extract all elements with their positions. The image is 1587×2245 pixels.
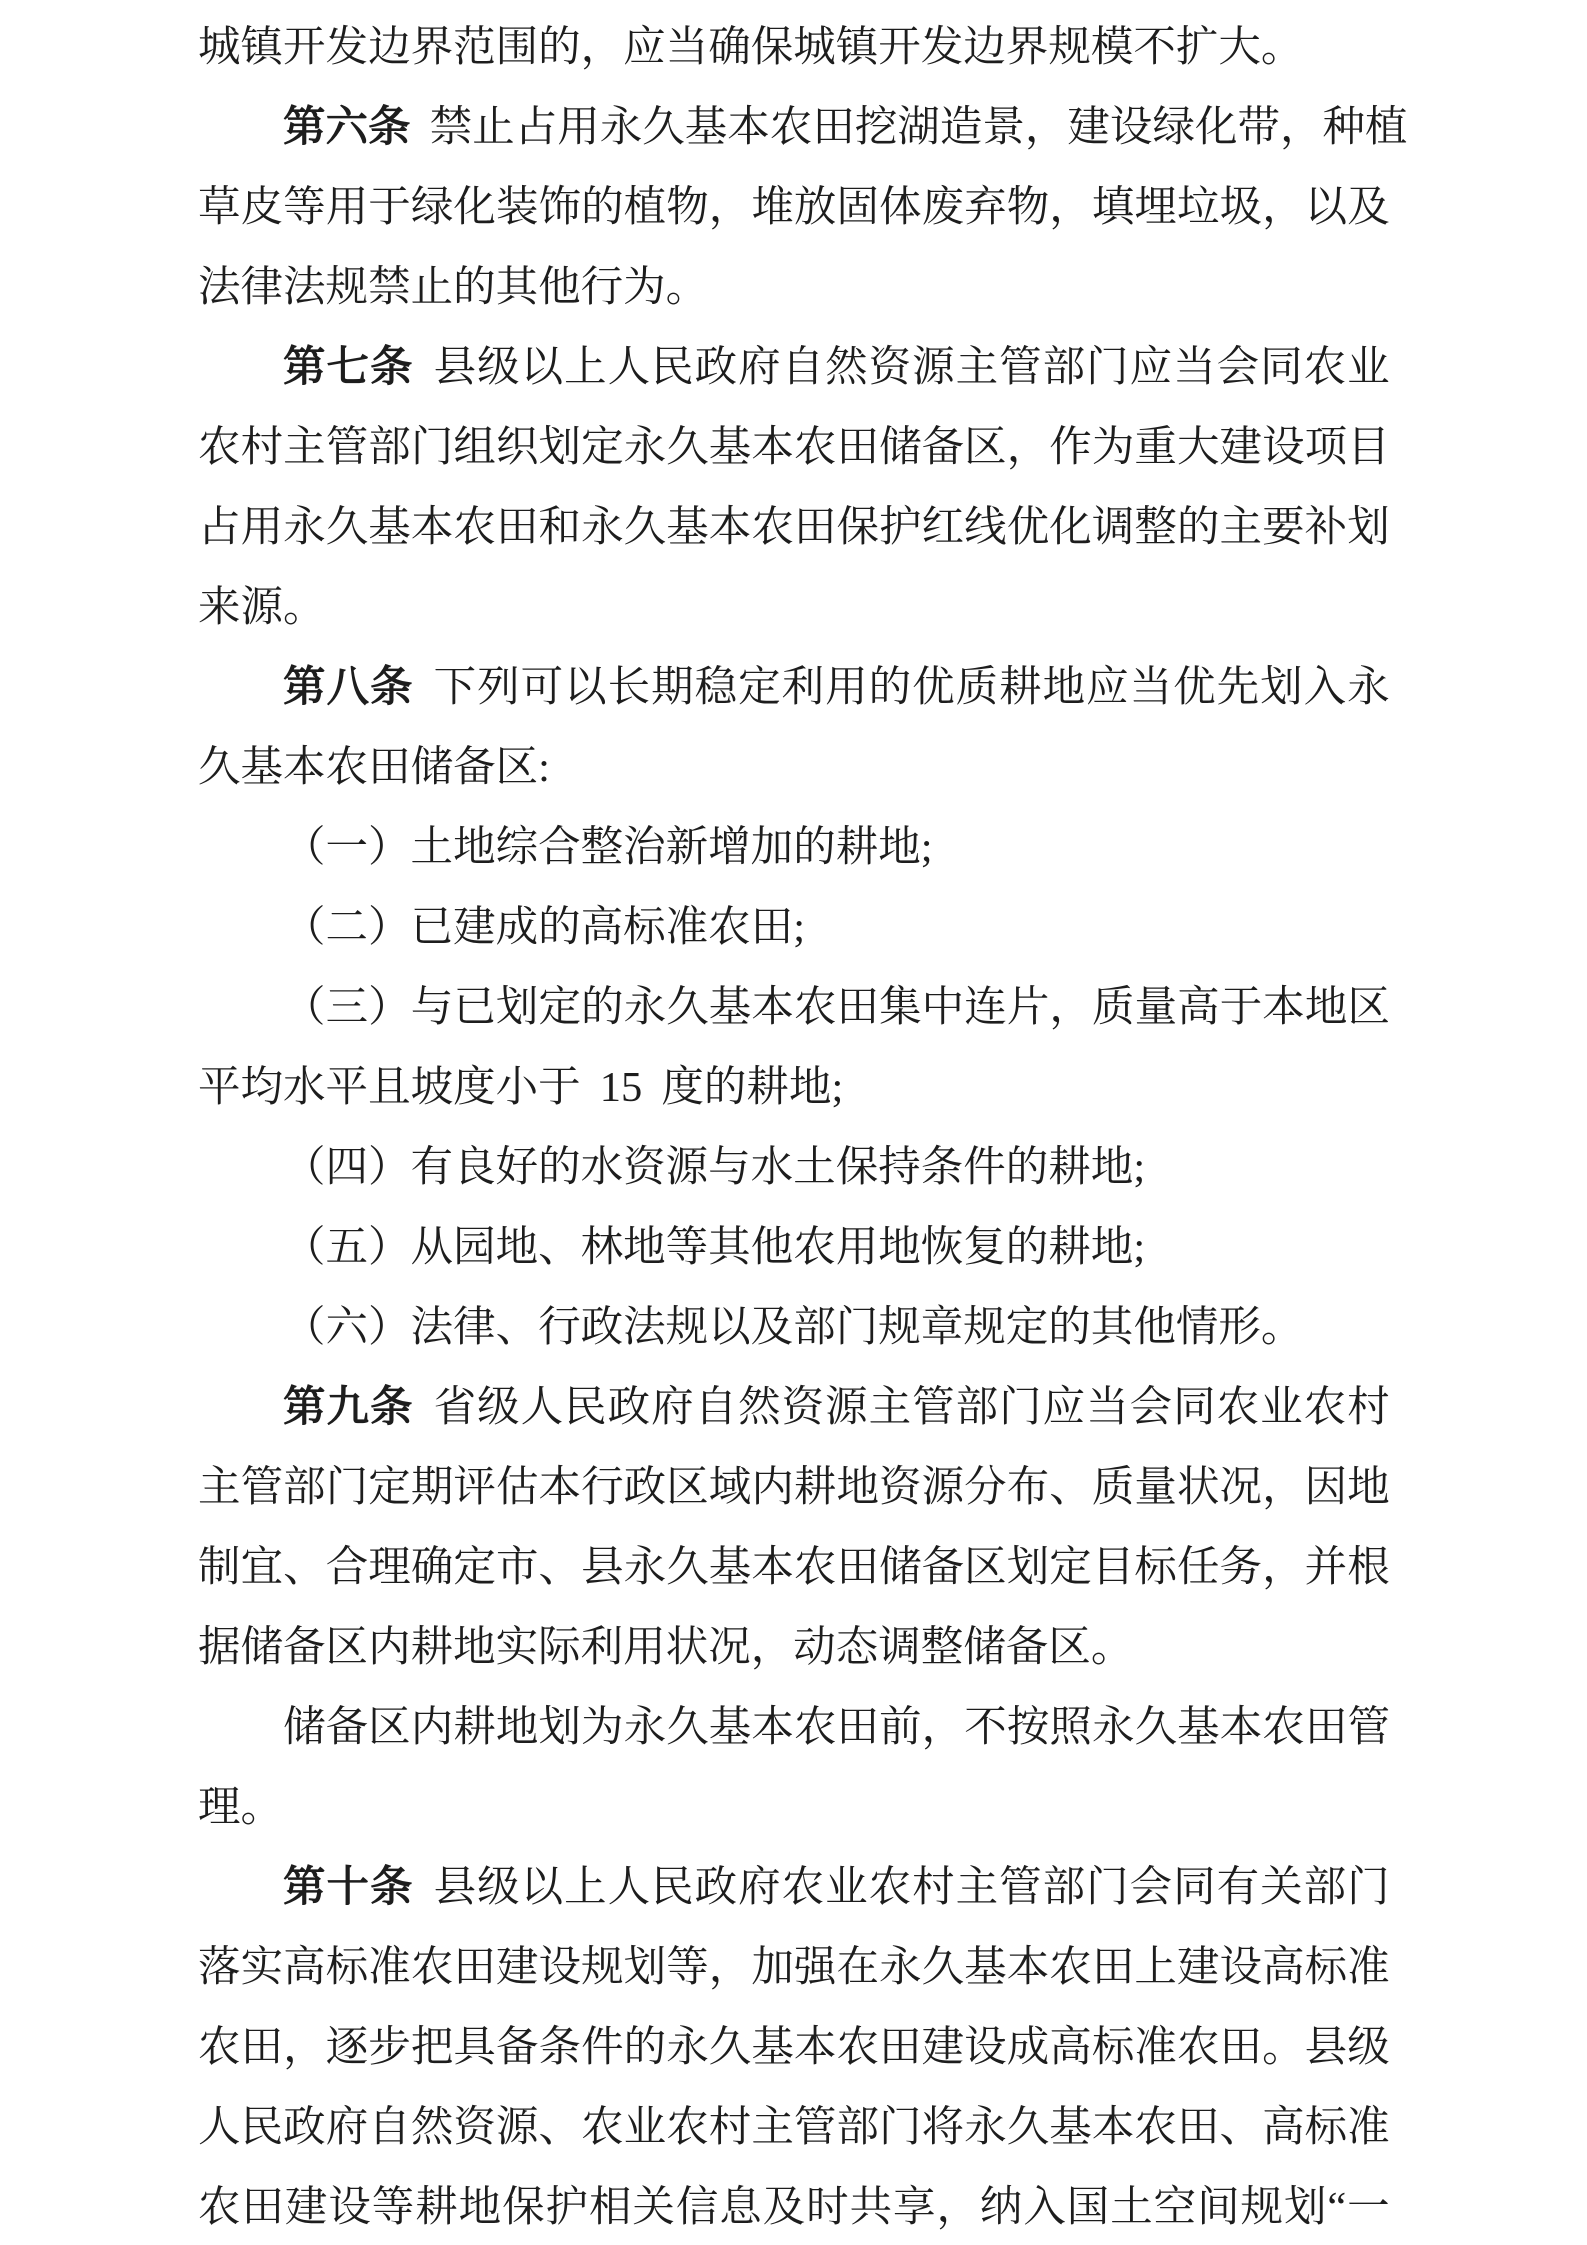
body-text-char: 内: [368, 1627, 411, 1670]
body-text-char: 目: [1092, 1547, 1135, 1590]
body-text-char: 共: [850, 2187, 893, 2230]
body-text-char: 储: [963, 1627, 1006, 1670]
body-text-char: 资: [782, 1387, 825, 1430]
body-text-char: 及: [1347, 187, 1390, 230]
body-text-char: 的: [793, 827, 836, 870]
body-text-char: 耕: [999, 667, 1042, 710]
body-text-char: 条: [539, 2027, 582, 2070]
body-text-char: 门: [999, 1387, 1042, 1430]
body-text-char: 本: [751, 427, 794, 470]
body-text-char: 区: [496, 747, 539, 790]
body-text-char: 治: [623, 827, 666, 870]
body-text-char: 建: [453, 907, 496, 950]
body-text-char: 、: [539, 1547, 582, 1590]
body-text-char: 管: [1347, 1707, 1390, 1750]
body-text-char: 其: [496, 267, 539, 310]
body-text-char: ，: [1025, 107, 1068, 150]
body-text-char: 政: [624, 1467, 667, 1510]
body-text-char: 禁: [368, 267, 411, 310]
body-text-char: 用: [557, 107, 600, 150]
body-text-char: 5: [621, 1067, 642, 1110]
body-text-char: 地: [496, 1707, 539, 1750]
body-text-char: 况: [1220, 1467, 1263, 1510]
body-text-char: 四: [326, 1147, 369, 1190]
body-text-char: 农: [794, 1547, 837, 1590]
body-text-char: 区: [326, 1627, 369, 1670]
body-text-char: 备: [453, 747, 496, 790]
body-text-char: 高: [283, 1947, 326, 1990]
body-text-char: 落: [198, 1947, 241, 1990]
body-text-char: 储: [411, 747, 454, 790]
body-text-char: 农: [453, 507, 496, 550]
body-text-char: 皮: [241, 187, 284, 230]
body-text-char: 目: [1347, 427, 1390, 470]
body-text-char: 保: [836, 1147, 879, 1190]
body-text-char: 根: [1347, 1547, 1390, 1590]
body-text-char: 和: [539, 507, 582, 550]
body-text-char: 本: [751, 1707, 794, 1750]
body-text-char: 标: [623, 907, 666, 950]
body-text-char: 自: [695, 1387, 738, 1430]
body-text-char: 地: [453, 1627, 496, 1670]
body-text-char: 省: [434, 1387, 477, 1430]
body-text-char: 规: [326, 267, 369, 310]
body-text-char: 设: [1110, 107, 1153, 150]
body-text-char: 规: [581, 1947, 624, 1990]
article-number-char: 七: [327, 347, 370, 390]
body-text-char: 府: [738, 1867, 781, 1910]
body-text-char: 部: [283, 1467, 326, 1510]
body-text-char: 当: [1130, 667, 1173, 710]
body-text-char: 管: [241, 1467, 284, 1510]
body-text-char: 行: [581, 267, 624, 310]
body-text-char: 确: [411, 1547, 454, 1590]
body-text-char: 本: [727, 107, 770, 150]
body-text-char: 民: [241, 2107, 284, 2150]
body-text-char: 化: [1195, 107, 1238, 150]
body-text-char: 土: [1110, 2187, 1153, 2230]
body-text-char: ，: [1280, 107, 1323, 150]
body-text-char: 边: [368, 27, 411, 70]
body-text-char: 前: [879, 1707, 922, 1750]
body-text-char: 等: [372, 2187, 415, 2230]
body-text-char: 域: [709, 1467, 752, 1510]
body-text-char: 标: [1092, 2027, 1135, 2070]
body-text-char: 定: [581, 427, 624, 470]
body-text-char: 等: [666, 1227, 709, 1270]
body-text-char: 优: [1007, 507, 1050, 550]
body-text-char: 划: [1284, 2187, 1327, 2230]
body-text-char: 装: [496, 187, 539, 230]
body-text-char: 止: [472, 107, 515, 150]
body-text-char: 县: [434, 347, 477, 390]
body-text-char: 久: [922, 1947, 965, 1990]
article-number-char: 第: [283, 1387, 326, 1430]
body-text-char: 且: [368, 1067, 411, 1110]
body-text-char: 永: [1092, 1707, 1135, 1750]
body-text-char: 永: [624, 1707, 667, 1750]
body-text-char: （: [283, 827, 326, 870]
article-number-char: 条: [368, 107, 411, 150]
body-text-char: 久: [1007, 2107, 1050, 2150]
body-text-char: 保: [751, 27, 794, 70]
body-text-char: 及: [751, 1307, 794, 1350]
body-text-char: 准: [1347, 2107, 1390, 2150]
body-text-char: 优: [912, 667, 955, 710]
body-text-char: 化: [1049, 507, 1092, 550]
body-text-char: 区: [1347, 987, 1390, 1030]
body-text-char: 填: [1092, 187, 1135, 230]
body-text-char: 可: [521, 667, 564, 710]
body-text-char: 农: [1304, 1387, 1347, 1430]
body-text-char: 田: [837, 1707, 880, 1750]
body-text-char: 建: [1067, 107, 1110, 150]
body-text-char: 政: [695, 1867, 738, 1910]
body-text-char: 为: [1092, 427, 1135, 470]
body-text-char: 。: [1261, 27, 1304, 70]
body-text-char: 农: [1304, 347, 1347, 390]
body-text-char: 农: [1049, 1947, 1092, 1990]
body-text-char: 长: [608, 667, 651, 710]
body-text-char: 建: [496, 1947, 539, 1990]
body-text-char: 永: [666, 2027, 709, 2070]
body-text-char: 有: [411, 1147, 454, 1190]
body-text-char: ，: [1262, 187, 1305, 230]
body-text-char: 应: [1086, 667, 1129, 710]
body-text-char: 应: [1130, 347, 1173, 390]
body-text-char: 空: [1154, 2187, 1197, 2230]
body-text-char: 综: [496, 827, 539, 870]
body-text-char: ，: [709, 1947, 752, 1990]
body-text-char: 基: [709, 427, 752, 470]
body-text-char: （: [283, 1307, 326, 1350]
body-text-char: 政: [608, 1387, 651, 1430]
body-text-char: 植: [1365, 107, 1408, 150]
body-text-char: 质: [1092, 987, 1135, 1030]
body-text-char: 府: [326, 2107, 369, 2150]
body-text-char: 同: [1260, 347, 1303, 390]
body-text-char: 时: [806, 2187, 849, 2230]
body-text-char: 地: [1347, 1467, 1390, 1510]
body-text-char: 信: [676, 2187, 719, 2230]
body-text-char: 圾: [1220, 187, 1263, 230]
body-text-char: 要: [1262, 507, 1305, 550]
body-text-char: 耕: [411, 1627, 454, 1670]
body-text-char: 耕: [1048, 1227, 1091, 1270]
body-text-char: ，: [1262, 1467, 1305, 1510]
body-text-char: 定: [538, 987, 581, 1030]
body-text-char: 化: [453, 187, 496, 230]
body-text-char: 地: [789, 1067, 832, 1110]
body-text-char: 基: [241, 747, 284, 790]
body-text-char: 划: [1260, 667, 1303, 710]
body-text-char: 久: [666, 987, 709, 1030]
article-number-char: 八: [327, 667, 370, 710]
body-text-char: 县: [581, 1547, 624, 1590]
article-number-char: 第: [283, 1867, 326, 1910]
body-text-char: ，: [936, 2187, 979, 2230]
body-text-char: 。: [283, 587, 326, 630]
body-text-char: 扩: [1176, 27, 1219, 70]
body-text-char: 界: [411, 27, 454, 70]
body-text-char: 田: [1220, 2027, 1263, 2070]
body-text-char: 、: [1049, 1467, 1092, 1510]
body-text-char: 不: [1133, 27, 1176, 70]
body-text-char: 列: [477, 667, 520, 710]
body-text-char: 资: [453, 2107, 496, 2150]
body-text-char: 准: [666, 907, 709, 950]
body-text-char: 好: [496, 1147, 539, 1190]
text-line: 农村主管部门组织划定永久基本农田储备区，作为重大建设项目: [198, 408, 1390, 488]
body-text-char: 高: [581, 907, 624, 950]
body-text-char: （: [283, 1147, 326, 1190]
body-text-char: 线: [964, 507, 1007, 550]
body-text-char: :: [538, 747, 550, 790]
body-text-char: 源: [922, 1467, 965, 1510]
body-text-char: 补: [1305, 507, 1348, 550]
body-text-char: 源: [496, 2107, 539, 2150]
body-text-char: 、: [1220, 2107, 1263, 2150]
body-text-char: 主: [283, 427, 326, 470]
text-line: 人民政府自然资源、农业农村主管部门将永久基本农田、高标准: [198, 2088, 1390, 2168]
body-text-char: 储: [241, 1627, 284, 1670]
body-text-char: 保: [502, 2187, 545, 2230]
body-text-char: 整: [921, 1627, 964, 1670]
body-text-char: 永: [283, 507, 326, 550]
body-text-char: 府: [738, 347, 781, 390]
body-text-char: 为: [581, 1707, 624, 1750]
body-text-char: 息: [719, 2187, 762, 2230]
body-text-char: 大: [1218, 27, 1261, 70]
body-text-char: 质: [956, 667, 999, 710]
body-text-char: 高: [1049, 2027, 1092, 2070]
body-text-char: ）: [368, 907, 411, 950]
body-text-char: [414, 347, 433, 390]
body-text-char: 把: [411, 2027, 454, 2070]
body-text-char: 界: [1006, 27, 1049, 70]
body-text-char: 备: [496, 2027, 539, 2070]
body-text-char: ;: [831, 1067, 843, 1110]
body-text-char: 小: [496, 1067, 539, 1110]
body-text-char: 片: [1007, 987, 1050, 1030]
body-text-char: 准: [1134, 2027, 1177, 2070]
body-text-char: ，: [922, 1707, 965, 1750]
body-text-char: 地: [459, 2187, 502, 2230]
body-text-char: 规: [666, 1307, 709, 1350]
body-text-char: 项: [1305, 427, 1348, 470]
body-text-char: 照: [1049, 1707, 1092, 1750]
body-text-char: 本: [1007, 1947, 1050, 1990]
body-text-char: 废: [922, 187, 965, 230]
body-text-char: 量: [1134, 1467, 1177, 1510]
article-number-char: 条: [370, 1867, 413, 1910]
body-text-char: 当: [1173, 347, 1216, 390]
body-text-char: 基: [1049, 2107, 1092, 2150]
body-text-char: ;: [1133, 1147, 1145, 1190]
body-text-char: 因: [1305, 1467, 1348, 1510]
body-text-char: 的: [453, 267, 496, 310]
body-text-char: 主: [956, 347, 999, 390]
body-text-char: [581, 1067, 600, 1110]
body-text-char: 本: [411, 507, 454, 550]
body-text-char: 景: [982, 107, 1025, 150]
body-text-char: 田: [241, 2027, 284, 2070]
body-text-char: 人: [521, 1387, 564, 1430]
body-text-char: 市: [496, 1547, 539, 1590]
body-text-char: 田: [1177, 2107, 1220, 2150]
body-text-char: 坡: [411, 1067, 454, 1110]
body-text-char: 以: [521, 1867, 564, 1910]
body-text-char: 自: [368, 2107, 411, 2150]
body-text-char: 主: [956, 1867, 999, 1910]
body-text-char: 标: [1134, 1547, 1177, 1590]
body-text-char: 一: [326, 827, 369, 870]
body-text-char: 先: [1217, 667, 1260, 710]
body-text-char: 管: [326, 427, 369, 470]
body-text-char: 划: [624, 1947, 667, 1990]
body-text-char: 的: [1006, 1147, 1049, 1190]
article-number-char: 条: [370, 1387, 413, 1430]
body-text-char: 从: [411, 1227, 454, 1270]
body-text-char: 基: [368, 507, 411, 550]
body-text-char: 绿: [1152, 107, 1195, 150]
text-line: 第六条 禁止占用永久基本农田挖湖造景，建设绿化带，种植: [198, 88, 1390, 168]
body-text-char: 地: [1305, 987, 1348, 1030]
body-text-char: 护: [546, 2187, 589, 2230]
body-text-char: 地: [496, 1227, 539, 1270]
body-text-char: 体: [879, 187, 922, 230]
body-text-char: 种: [1323, 107, 1366, 150]
body-text-char: 步: [368, 2027, 411, 2070]
body-text-char: 按: [1007, 1707, 1050, 1750]
body-text-char: 占: [198, 507, 241, 550]
body-text-char: 复: [963, 1227, 1006, 1270]
body-text-char: 农: [1134, 2107, 1177, 2150]
body-text-char: 与: [411, 987, 454, 1030]
article-number-char: 九: [327, 1387, 370, 1430]
body-text-char: 田: [751, 907, 794, 950]
body-text-char: 划: [538, 1707, 581, 1750]
body-text-char: 定: [1049, 1547, 1092, 1590]
body-text-char: 发: [921, 27, 964, 70]
body-text-char: 合: [326, 1547, 369, 1590]
body-text-char: 本: [709, 507, 752, 550]
body-text-char: 主: [869, 1387, 912, 1430]
body-text-char: 定: [368, 1467, 411, 1510]
body-text-char: 平: [326, 1067, 369, 1110]
body-text-char: 定: [1006, 1307, 1049, 1350]
body-text-char: 部: [956, 1387, 999, 1430]
body-text-char: 用: [241, 507, 284, 550]
body-text-char: 况: [708, 1627, 751, 1670]
body-text-char: 建: [922, 2027, 965, 2070]
body-text-char: 林: [581, 1227, 624, 1270]
body-text-char: 的: [1048, 1307, 1091, 1350]
body-text-char: （: [283, 1227, 326, 1270]
body-text-char: ）: [368, 1147, 411, 1190]
body-text-char: 实: [241, 1947, 284, 1990]
body-text-char: 农: [1217, 1387, 1260, 1430]
body-text-char: 量: [1135, 987, 1178, 1030]
body-text-char: 耕: [836, 827, 879, 870]
body-text-char: 占: [515, 107, 558, 150]
body-text-char: 耕: [453, 1707, 496, 1750]
body-text-char: 用: [825, 667, 868, 710]
body-text-char: 件: [581, 2027, 624, 2070]
body-text-char: 务: [1220, 1547, 1263, 1590]
body-text-char: 农: [666, 2107, 709, 2150]
body-text-char: 部: [1304, 1867, 1347, 1910]
text-line: （五）从园地、林地等其他农用地恢复的耕地;: [198, 1208, 1390, 1288]
body-text-char: 府: [651, 1387, 694, 1430]
body-text-char: 宜: [241, 1547, 284, 1590]
body-text-char: ，: [709, 187, 752, 230]
body-text-char: 律: [453, 1307, 496, 1350]
body-text-char: 农: [794, 427, 837, 470]
body-text-char: 合: [538, 827, 581, 870]
body-text-char: 态: [836, 1627, 879, 1670]
body-text-char: 护: [879, 507, 922, 550]
body-text-char: 基: [709, 1547, 752, 1590]
body-text-char: 、: [496, 1307, 539, 1350]
body-text-char: 国: [1067, 2187, 1110, 2230]
body-text-char: 会: [1130, 1867, 1173, 1910]
body-text-char: 源: [666, 1147, 709, 1190]
body-text-char: 基: [709, 1707, 752, 1750]
document-page: 城镇开发边界范围的，应当确保城镇开发边界规模不扩大。第六条 禁止占用永久基本农田…: [0, 0, 1587, 2245]
body-text-char: 内: [411, 1707, 454, 1750]
body-text-char: 当: [1086, 1387, 1129, 1430]
article-number-char: 六: [326, 107, 369, 150]
body-text-char: 的: [538, 27, 581, 70]
body-text-char: 入: [1023, 2187, 1066, 2230]
body-text-char: 下: [434, 667, 477, 710]
body-text-char: 备: [922, 427, 965, 470]
body-text-char: 储: [879, 1547, 922, 1590]
text-line: （一）土地综合整治新增加的耕地;: [198, 808, 1390, 888]
body-text-char: 田: [836, 427, 879, 470]
body-text-char: 久: [624, 507, 667, 550]
body-text-char: 。: [1091, 1627, 1134, 1670]
body-text-char: 标: [1305, 2107, 1348, 2150]
body-text-char: 具: [453, 2027, 496, 2070]
body-text-char: 田: [1305, 1707, 1348, 1750]
body-text-char: 永: [879, 1947, 922, 1990]
article-number-char: 第: [283, 347, 326, 390]
body-text-char: 带: [1237, 107, 1280, 150]
body-text-char: 三: [326, 987, 369, 1030]
body-text-char: 本: [1262, 987, 1305, 1030]
body-text-char: 准: [1347, 1947, 1390, 1990]
text-line: 据储备区内耕地实际利用状况，动态调整储备区。: [198, 1608, 1390, 1688]
body-text-char: 、: [539, 2107, 582, 2150]
body-text-char: 划: [496, 987, 539, 1030]
body-text-char: 确: [708, 27, 751, 70]
body-text-char: 其: [1091, 1307, 1134, 1350]
body-text-char: 他: [751, 1227, 794, 1270]
body-text-char: 门: [836, 1307, 879, 1350]
body-text-char: [414, 1387, 433, 1430]
body-text-char: 地: [623, 1227, 666, 1270]
body-text-char: 止: [411, 267, 454, 310]
body-text-char: 入: [1304, 667, 1347, 710]
body-text-char: 本: [751, 1547, 794, 1590]
body-text-char: 稳: [695, 667, 738, 710]
body-text-char: 估: [496, 1467, 539, 1510]
body-text-char: 资: [623, 1147, 666, 1190]
body-text-char: 高: [1177, 987, 1220, 1030]
body-text-char: 备: [1006, 1627, 1049, 1670]
